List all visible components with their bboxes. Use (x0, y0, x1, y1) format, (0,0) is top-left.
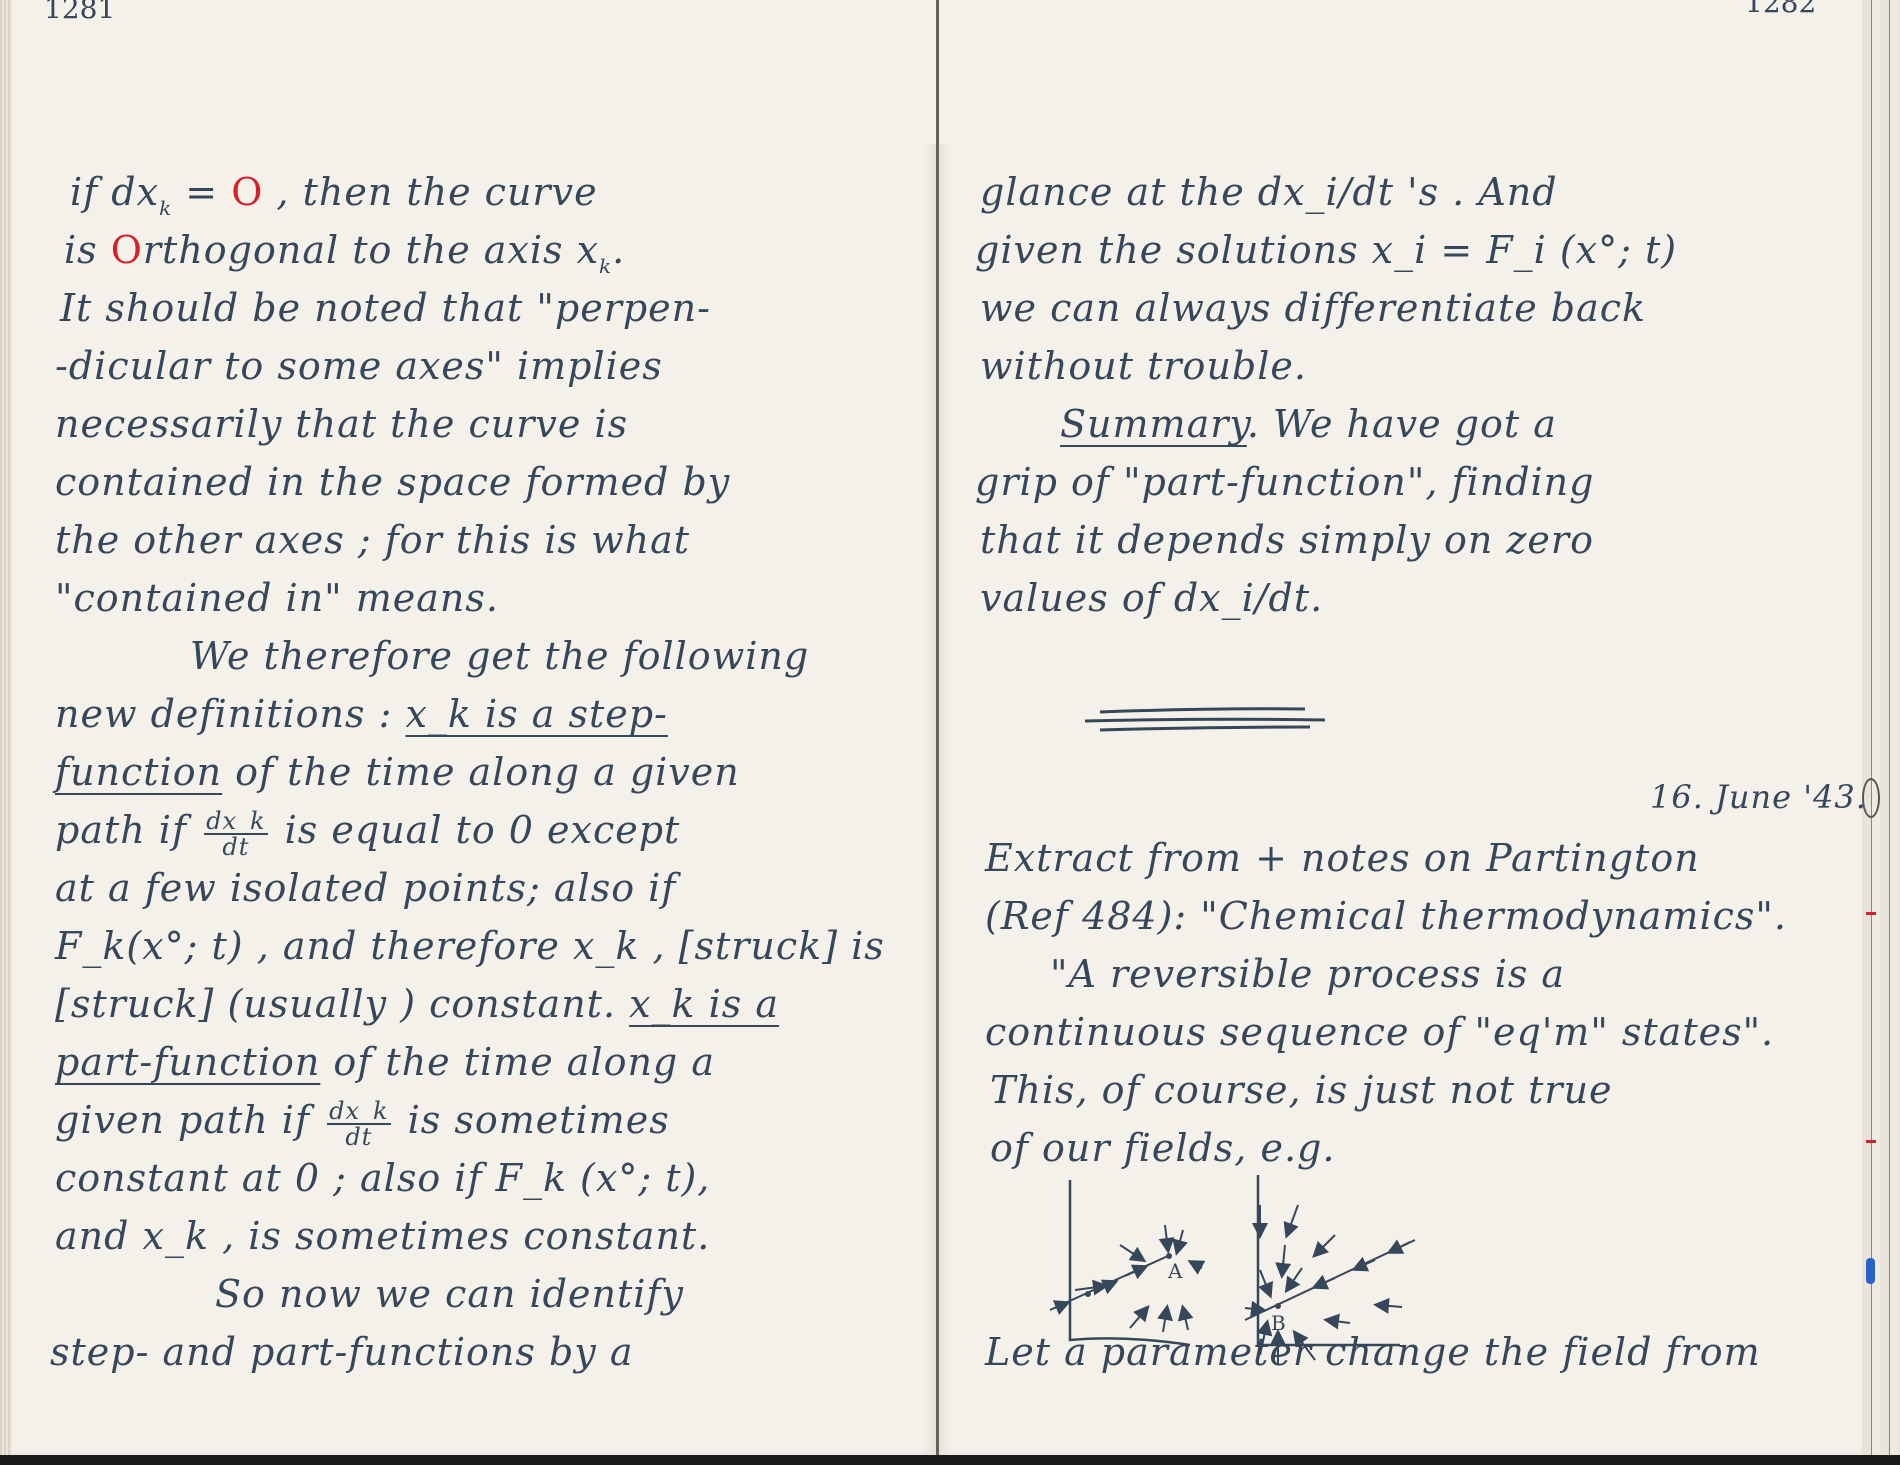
text-line: grip of "part-function", finding (975, 460, 1594, 504)
text-line: new definitions : x_k is a step- (55, 692, 668, 736)
text-line: necessarily that the curve is (55, 402, 628, 446)
derivative-fraction: dx_kdt (204, 809, 267, 859)
text-line: -dicular to some axes" implies (55, 344, 663, 388)
text-line: that it depends simply on zero (980, 518, 1594, 562)
text-line: glance at the dx_i/dt 's . And (980, 170, 1558, 214)
text-line: given path if dx_kdt is sometimes (55, 1098, 670, 1149)
text-line: of our fields, e.g. (990, 1126, 1335, 1170)
scanner-bottom-strip (0, 1455, 1900, 1465)
entry-date: 16. June '43. (1650, 778, 1867, 816)
blue-edge-mark (1866, 1258, 1875, 1284)
text-line: part-function of the time along a (55, 1040, 715, 1084)
binding-gutter (936, 0, 939, 1455)
text-line: is Orthogonal to the axis xk. (64, 228, 625, 278)
text-line: values of dx_i/dt. (980, 576, 1323, 620)
right-page-edge-stack (1862, 0, 1900, 1455)
section-divider-rule (1085, 700, 1345, 740)
definition-term-part: x_k is a (629, 982, 779, 1026)
text-line: So now we can identify (215, 1272, 684, 1316)
definition-term-step: x_k is a step- (405, 692, 667, 736)
text-line: [struck] (usually ) constant. x_k is a (55, 982, 779, 1026)
page-number-left: 1281 (44, 0, 115, 25)
red-edge-mark (1866, 912, 1876, 915)
text-line: at a few isolated points; also if (55, 866, 676, 910)
svg-text:A: A (1167, 1259, 1183, 1283)
red-letter-o: O (111, 228, 143, 272)
text-line: "A reversible process is a (1050, 952, 1565, 996)
text-line: F_k(x°; t) , and therefore x_k , [struck… (55, 924, 885, 968)
text-line: function of the time along a given (55, 750, 740, 794)
text-line: Let a parameter change the field from (985, 1330, 1761, 1374)
text-line: Summary. We have got a (1060, 402, 1557, 446)
text-line: given the solutions x_i = F_i (x°; t) (975, 228, 1677, 272)
text-line: (Ref 484): "Chemical thermodynamics". (985, 894, 1787, 938)
text-line: It should be noted that "perpen- (60, 286, 711, 330)
text-line: step- and part-functions by a (50, 1330, 633, 1374)
left-page-edge-stack (0, 0, 12, 1455)
text-line: without trouble. (980, 344, 1307, 388)
derivative-fraction: dx_kdt (327, 1099, 390, 1149)
red-edge-mark (1866, 1140, 1876, 1143)
text-line: This, of course, is just not true (990, 1068, 1613, 1112)
red-zero: O (231, 170, 263, 214)
text-line: "contained in" means. (55, 576, 499, 620)
text-line: if dxk = O , then the curve (70, 170, 598, 220)
text-line: the other axes ; for this is what (55, 518, 690, 562)
text-line: and x_k , is sometimes constant. (55, 1214, 710, 1258)
summary-heading: Summary (1060, 402, 1247, 446)
text-line: constant at 0 ; also if F_k (x°; t), (55, 1156, 710, 1200)
text-line: continuous sequence of "eq'm" states". (985, 1010, 1774, 1054)
phase-diagram-a: A (1005, 1170, 1205, 1355)
text-line: we can always differentiate back (980, 286, 1646, 330)
page-number-right: 1282 (1745, 0, 1816, 19)
text-line: path if dx_kdt is equal to 0 except (55, 808, 680, 859)
text-line: We therefore get the following (190, 634, 809, 678)
text-line: Extract from + notes on Partington (985, 836, 1700, 880)
text-line: contained in the space formed by (55, 460, 730, 504)
